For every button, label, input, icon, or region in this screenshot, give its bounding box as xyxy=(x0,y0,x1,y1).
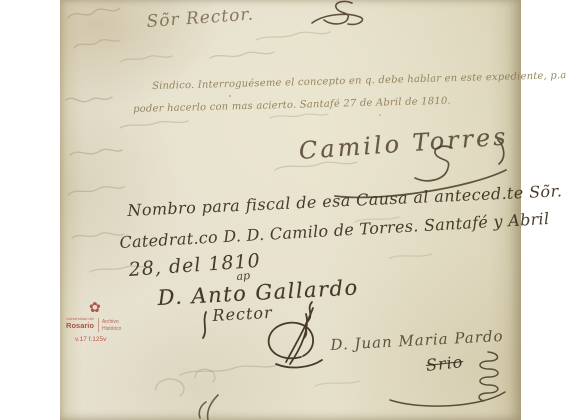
marginal-note-line2: poder hacerlo con mas acierto. Santafé 2… xyxy=(133,96,451,115)
bottom-pen-stroke xyxy=(199,395,218,420)
rosario-crest-icon: ✿ xyxy=(89,300,101,314)
scanned-manuscript-page: Sõr Rector. Sindico. Interroguéseme el c… xyxy=(0,0,580,420)
manuscript-paper: Sõr Rector. Sindico. Interroguéseme el c… xyxy=(60,0,521,420)
archive-reference: v.17 f.125v xyxy=(75,336,106,343)
logo-divider xyxy=(98,318,99,332)
signature-camilo-torres: Camilo Torres xyxy=(298,122,509,165)
signature-pardo: D. Juan Maria Pardo xyxy=(330,327,504,354)
university-name-bold: Rosario xyxy=(63,322,97,330)
marginal-note-line1: Sindico. Interroguéseme el concepto en q… xyxy=(152,70,567,92)
pardo-title-srio: Srio xyxy=(425,352,464,375)
archive-label-line2: Histórico xyxy=(102,326,121,332)
gallardo-title-rector: Rector xyxy=(212,303,273,325)
top-rubric-flourish xyxy=(312,1,362,24)
archive-label-line1: Archivo xyxy=(102,319,119,325)
heading-sor-rector: Sõr Rector. xyxy=(146,4,255,31)
